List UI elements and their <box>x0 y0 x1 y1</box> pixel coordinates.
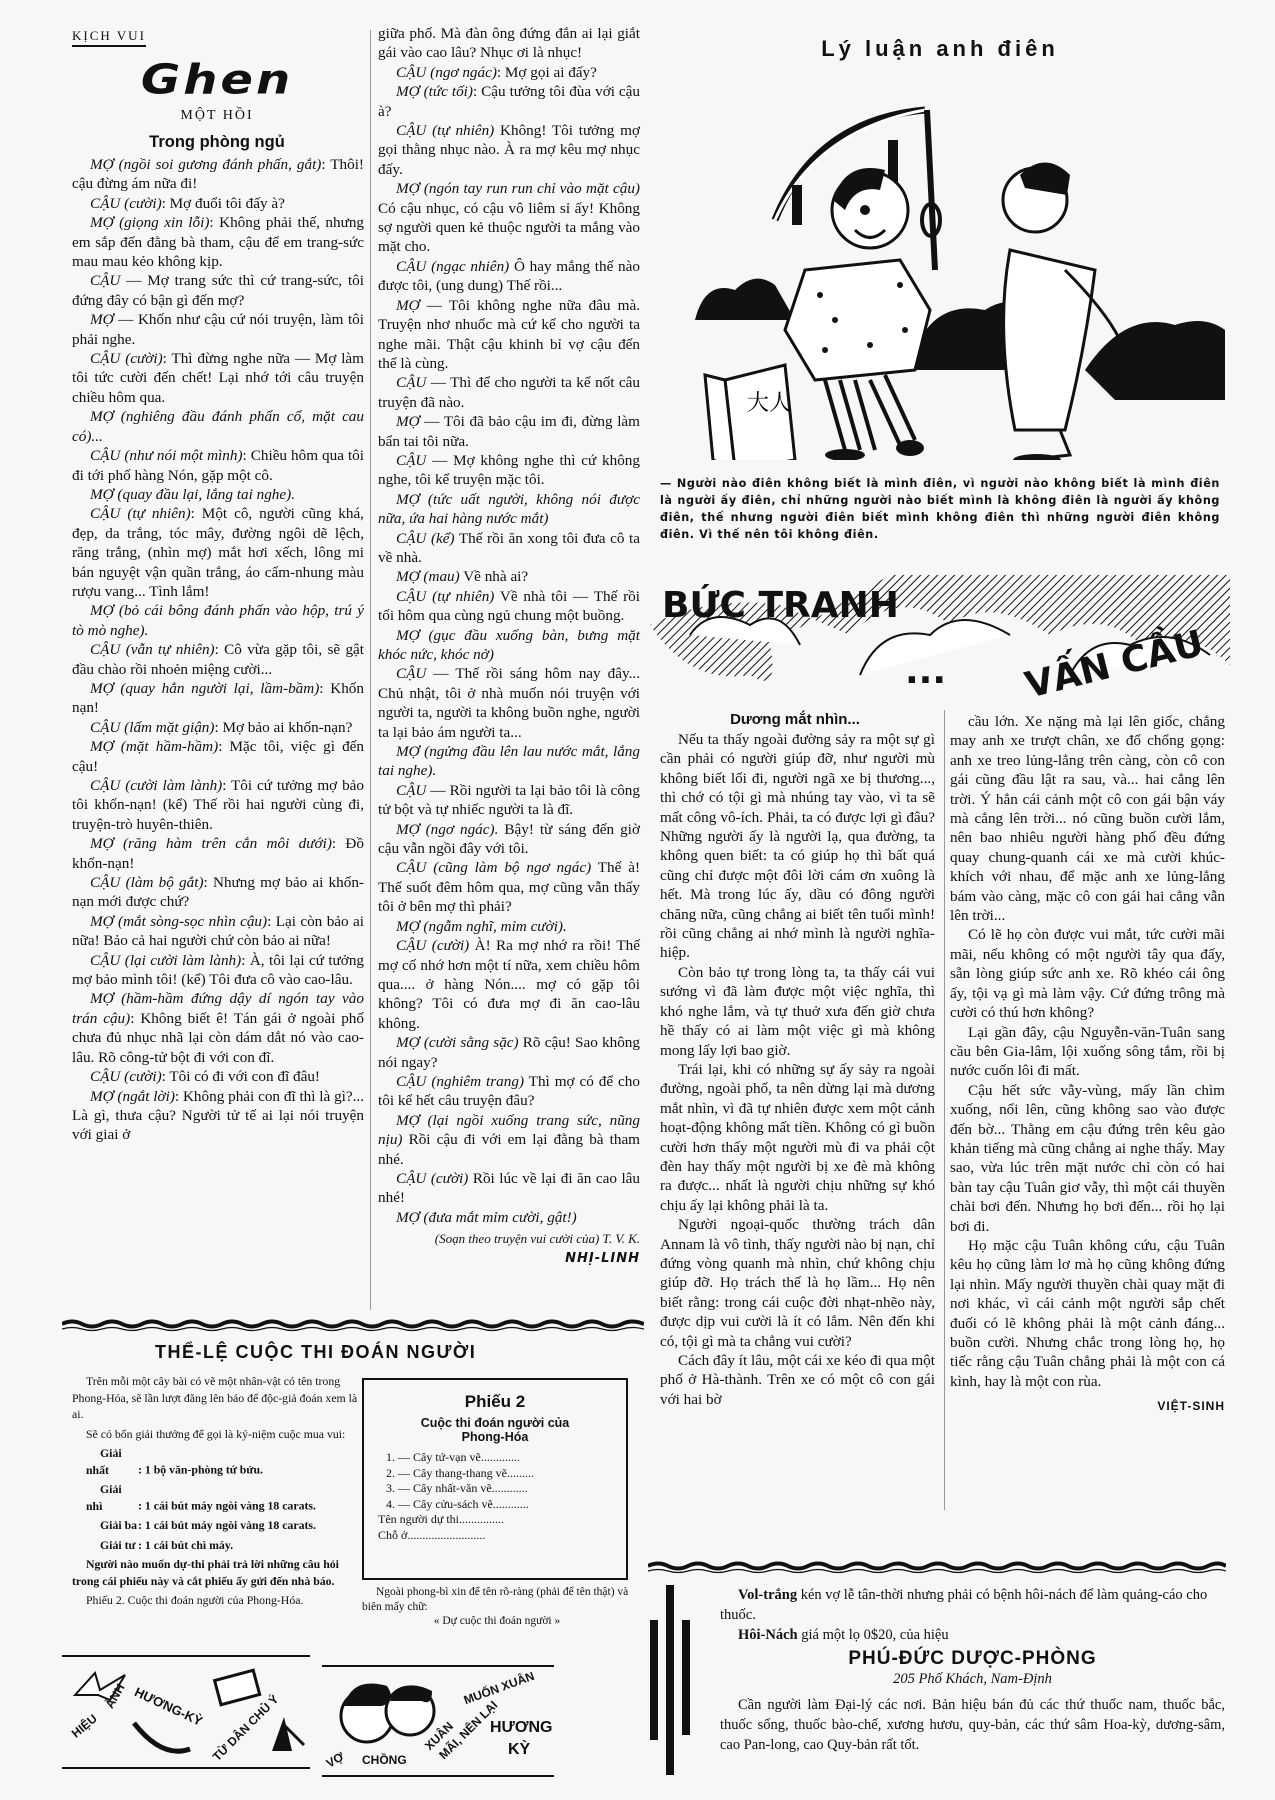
dialogue-line: CẬU (lấm mặt giận): Mợ bảo ai khốn-nạn? <box>72 718 364 737</box>
dialogue-line: MỢ (răng hàm trên cắn môi dưới): Đồ khốn… <box>72 834 364 873</box>
play-scene: Trong phòng ngủ <box>72 133 362 152</box>
play-author: NHỊ-LINH <box>378 1249 640 1268</box>
speaker: MỢ (tức uất người, không nói được nữa, ứ… <box>378 491 640 527</box>
speaker: CẬU <box>396 665 426 682</box>
prize-item: Giải nhất: 1 bộ văn-phòng tứ bửu. <box>72 1445 362 1478</box>
speaker: MỢ (ngơ ngác). <box>396 821 498 838</box>
ad-address: 205 Phố Khách, Nam-Định <box>720 1669 1225 1689</box>
cartoon-title: Lý luận anh điên <box>660 36 1220 62</box>
speaker: CẬU (cười) <box>90 350 163 367</box>
dialogue-text: : Mợ đuổi tôi đấy à? <box>162 195 285 212</box>
dialogue-line: CẬU (cười) Rồi lúc về lại đi ăn cao lâu … <box>378 1169 640 1208</box>
dialogue-line: CẬU (cười làm lành): Tôi cứ tưởng mợ bảo… <box>72 776 364 834</box>
dialogue-line: MỢ (ngồi soi gương đánh phấn, gắt): Thôi… <box>72 155 364 194</box>
svg-text:...: ... <box>905 651 946 692</box>
speaker: MỢ (nghiêng đầu đánh phấn cổ, mặt cau có… <box>72 408 364 444</box>
svg-text:BỨC TRANH: BỨC TRANH <box>662 584 899 626</box>
scales-icon <box>262 1715 306 1759</box>
speaker: MỢ (cười sằng sặc) <box>396 1034 519 1051</box>
speaker: CẬU (kể) <box>396 530 455 547</box>
dialogue-line: CẬU (làm bộ gắt): Nhưng mợ bảo ai khốn-n… <box>72 873 364 912</box>
speaker: MỢ (mắt sòng-sọc nhìn cậu) <box>90 913 267 930</box>
ad-shop-name: PHÚ-ĐỨC DƯỢC-PHÒNG <box>720 1649 1225 1669</box>
dialogue-line: CẬU — Rồi người ta lại bảo tôi là công t… <box>378 781 640 820</box>
dialogue-line: MỢ (mau) Về nhà ai? <box>378 567 640 586</box>
ticket-name-field[interactable]: Tên người dự thi............... <box>378 1512 626 1528</box>
column-text-2: cầu lớn. Xe nặng mà lại lên giốc, chẳng … <box>950 712 1225 1417</box>
stamp-text: HƯƠNG <box>490 1719 552 1737</box>
speaker: CẬU (cười) <box>396 937 469 954</box>
dialogue-line: MỢ (tức tối): Cậu tưởng tôi đùa với cậu … <box>378 82 640 121</box>
dialogue-line: MỢ (mặt hầm-hầm): Mặc tôi, việc gì đến c… <box>72 737 364 776</box>
speaker: CẬU (ngơ ngác) <box>396 64 497 81</box>
contest-footer: Phiếu 2. Cuộc thi đoán người của Phong-H… <box>72 1592 362 1609</box>
paragraph: Trái lại, khi có những sự ấy sảy ra ngoà… <box>660 1060 935 1215</box>
dialogue-line: MỢ (ngửng đầu lên lau nước mắt, lắng tai… <box>378 742 640 781</box>
speaker: MỢ (giọng xin lỗi) <box>90 214 209 231</box>
dialogue-line: MỢ — Tôi đã bảo cậu im đi, đừng làm bẩn … <box>378 412 640 451</box>
speaker: CẬU <box>396 452 426 469</box>
ad-product: Hôi-Nách <box>738 1627 798 1643</box>
ticket-address-field[interactable]: Chỗ ở.......................... <box>378 1528 626 1544</box>
paragraph: Nếu ta thấy ngoài đường sảy ra một sự gì… <box>660 730 935 963</box>
ticket-field[interactable]: 2. — Cây thang-thang vẽ......... <box>386 1466 626 1482</box>
prize-value: : 1 bộ văn-phòng tứ bửu. <box>138 1463 263 1477</box>
dialogue-line: MỢ (bỏ cái bông đánh phấn vào hộp, trú ý… <box>72 601 364 640</box>
dialogue-text: — Khốn như cậu cứ nói truyện, làm tôi ph… <box>72 311 364 347</box>
play-title: Ghen <box>72 56 362 104</box>
ad-price: giá một lọ 0$20, của hiệu <box>798 1627 949 1643</box>
ticket-title: Phiếu 2 <box>364 1392 626 1412</box>
dialogue-line: CẬU (kể) Thế rồi ăn xong tôi đưa cô ta v… <box>378 529 640 568</box>
paragraph: cầu lớn. Xe nặng mà lại lên giốc, chẳng … <box>950 712 1225 925</box>
column-text-1: Nếu ta thấy ngoài đường sảy ra một sự gì… <box>660 730 935 1409</box>
prize-item: Giải tư: 1 cái bút chì máy. <box>72 1537 362 1554</box>
stamp-text: KỲ <box>508 1741 530 1759</box>
speaker: MỢ (ngón tay run run chỉ vào mặt cậu) <box>396 180 640 197</box>
speaker: CẬU (tự nhiên) <box>396 588 494 605</box>
prize-value: : 1 cái bút chì máy. <box>138 1538 233 1552</box>
stamp-text: MUỐN XUÂN <box>462 1669 536 1707</box>
paragraph: Còn bảo tự trong lòng ta, ta thấy cái vu… <box>660 963 935 1060</box>
paragraph: Cách đây ít lâu, một cái xe kéo đi qua m… <box>660 1351 935 1409</box>
ticket-field[interactable]: 1. — Cây tứ-vạn vẽ............. <box>386 1450 626 1466</box>
speaker: MỢ (bỏ cái bông đánh phấn vào hộp, trú ý… <box>72 602 364 638</box>
contest-title: THỂ-LỆ CUỘC THI ĐOÁN NGƯỜI <box>155 1342 615 1363</box>
dialogue-line: CẬU (cười): Tôi có đi với con đĩ đâu! <box>72 1067 364 1086</box>
dialogue-text: : Tôi có đi với con đĩ đâu! <box>162 1068 320 1085</box>
speaker: MỢ (quay đầu lại, lắng tai nghe). <box>90 486 295 503</box>
speaker: CẬU (tự nhiên) <box>396 122 494 139</box>
speaker: MỢ (mau) <box>396 568 460 585</box>
dialogue-line: MỢ (ngơ ngác). Bậy! từ sáng đến giờ cậu … <box>378 820 640 859</box>
dialogue-line: CẬU (như nói một mình): Chiều hôm qua tô… <box>72 446 364 485</box>
contest-rules: Trên mỗi một cây bài có vẽ một nhân-vật … <box>72 1373 362 1612</box>
boat-icon <box>132 1719 192 1755</box>
dialogue-line: CẬU — Thì để cho người ta kể nốt câu tru… <box>378 373 640 412</box>
column-subtitle: Dương mắt nhìn... <box>660 711 930 728</box>
dialogue-text: : Mợ bảo ai khốn-nạn? <box>214 719 352 736</box>
prize-label: Giải nhì <box>86 1481 138 1514</box>
dialogue-text: Về nhà ai? <box>460 568 528 585</box>
dialogue-line: CẬU — Thế rồi sáng hôm nay đây... Chủ nh… <box>378 664 640 742</box>
section-label: KỊCH VUI <box>72 28 146 47</box>
dialogue-line: CẬU (cười): Mợ đuổi tôi đấy à? <box>72 194 364 213</box>
dialogue-text: giữa phố. Mà đàn ông đứng đắn ai lại giắ… <box>378 25 640 61</box>
dialogue-line: CẬU — Mợ trang sức thì cứ trang-sức, tôi… <box>72 271 364 310</box>
column-text-2-body: cầu lớn. Xe nặng mà lại lên giốc, chẳng … <box>950 712 1225 1391</box>
dialogue-line: MỢ (hầm-hầm đứng dậy dí ngón tay vào trá… <box>72 989 364 1067</box>
speaker: CẬU (cười) <box>90 195 162 212</box>
contest-instructions: Người nào muốn dự-thi phải trả lời những… <box>72 1556 362 1589</box>
stamp-text: VỢ <box>324 1749 347 1770</box>
dialogue-line: CẬU (vẫn tự nhiên): Cô vừa gặp tôi, sẽ g… <box>72 640 364 679</box>
speaker: MỢ <box>90 311 114 328</box>
contest-prizes-intro: Sẽ có bốn giải thưởng để gọi là kỷ-niệm … <box>72 1426 362 1443</box>
column-rule <box>370 30 371 1310</box>
column-banner: BỨC TRANH ... VẤN CẦU <box>650 565 1230 705</box>
paragraph: Có lẽ họ còn được vui mắt, tức cười mãi … <box>950 925 1225 1022</box>
dialogue-line: MỢ (ngón tay run run chỉ vào mặt cậu) Có… <box>378 179 640 257</box>
dialogue-line: MỢ (tức uất người, không nói được nữa, ứ… <box>378 490 640 529</box>
prize-value: : 1 cái bút máy ngòi vàng 18 carats. <box>138 1518 316 1532</box>
speaker: MỢ (quay hẳn người lại, lầm-bầm) <box>90 680 319 697</box>
dialogue-line: CẬU (cũng làm bộ ngơ ngác) Thế à! Thế su… <box>378 858 640 916</box>
dialogue-line: giữa phố. Mà đàn ông đứng đắn ai lại giắ… <box>378 24 640 63</box>
prize-list: Giải nhất: 1 bộ văn-phòng tứ bửu.Giải nh… <box>72 1445 362 1553</box>
speaker: MỢ (ngắt lời) <box>90 1088 175 1105</box>
play-column-2: giữa phố. Mà đàn ông đứng đắn ai lại giắ… <box>378 24 640 1268</box>
dialogue-line: MỢ (đưa mắt mỉm cười, gật!) <box>378 1208 640 1227</box>
flag-icon <box>212 1667 262 1707</box>
dialogue-line: MỢ (nghiêng đầu đánh phấn cổ, mặt cau có… <box>72 407 364 446</box>
envelope-note: Ngoài phong-bì xin để tên rõ-ràng (phải … <box>362 1585 632 1629</box>
ad-body: Cần người làm Đại-lý các nơi. Bản hiệu b… <box>720 1695 1225 1755</box>
cartoon-illustration: 大人 <box>665 70 1225 460</box>
contest-intro: Trên mỗi một cây bài có vẽ một nhân-vật … <box>72 1373 362 1423</box>
dialogue-line: CẬU (ngơ ngác): Mợ gọi ai đấy? <box>378 63 640 82</box>
dialogue-text: Rồi cậu đi với em lại đằng bà tham nhé. <box>378 1131 640 1167</box>
column-author: VIỆT-SINH <box>950 1397 1225 1416</box>
prize-label: Giải tư <box>86 1537 138 1554</box>
speaker: CẬU <box>396 374 426 391</box>
dialogue-line: CẬU (cười) À! Ra mợ nhớ ra rồi! Thế mợ c… <box>378 936 640 1033</box>
speaker: MỢ (gục đầu xuống bàn, bưng mặt khóc nức… <box>378 627 640 663</box>
dialogue-line: CẬU (tự nhiên): Một cô, người cũng khá, … <box>72 504 364 601</box>
speaker: CẬU (cũng làm bộ ngơ ngác) <box>396 859 591 876</box>
cartoon-caption: — Người nào điên không biết là mình điên… <box>660 475 1220 543</box>
dialogue-line: MỢ — Khốn như cậu cứ nói truyện, làm tôi… <box>72 310 364 349</box>
ticket-field[interactable]: 4. — Cây cửu-sách vẽ............ <box>386 1497 626 1513</box>
stamp-huong-ky-right: VỢ CHỒNG XUÂN MÃI, NÊN LẠI MUỐN XUÂN HƯƠ… <box>322 1665 554 1777</box>
speaker: CẬU (như nói một mình) <box>90 447 243 464</box>
dialogue-text: Có cậu nhục, có cậu vô liêm sỉ ấy! Không… <box>378 200 640 256</box>
ad-brand: Vol-trắng <box>738 1587 797 1603</box>
paragraph: Lại gần đây, cậu Nguyễn-văn-Tuân sang cầ… <box>950 1023 1225 1081</box>
column-rule <box>944 710 945 1510</box>
pharmacy-advert: Vol-trắng kén vợ lễ tân-thời nhưng phải … <box>645 1585 1225 1755</box>
stamp-text: CHỒNG <box>362 1753 407 1767</box>
dialogue-line: CẬU (tự nhiên) Không! Tôi tưởng mợ gọi t… <box>378 121 640 179</box>
play-credit: (Soạn theo truyện vui cười của) T. V. K. <box>378 1229 640 1248</box>
wavy-divider <box>62 1318 644 1332</box>
dialogue-line: CẬU — Mợ không nghe thì cứ không nghe, t… <box>378 451 640 490</box>
dialogue-line: MỢ (ngắt lời): Không phải con đĩ thì là … <box>72 1087 364 1145</box>
envelope-label: « Dự cuộc thi đoán người » <box>362 1614 632 1629</box>
dialogue-line: MỢ (ngẫm nghĩ, mỉm cười). <box>378 917 640 936</box>
speaker: CẬU (vẫn tự nhiên) <box>90 641 215 658</box>
dialogue-line: CẬU (tự nhiên) Về nhà tôi — Thế rồi tối … <box>378 587 640 626</box>
entry-ticket[interactable]: Phiếu 2 Cuộc thi đoán người của Phong-Hó… <box>362 1378 628 1580</box>
speaker: MỢ <box>396 297 420 314</box>
ticket-subtitle: Cuộc thi đoán người của <box>364 1416 626 1430</box>
paragraph: Họ mặc cậu Tuân không cứu, cậu Tuân kêu … <box>950 1236 1225 1391</box>
prize-label: Giải nhất <box>86 1445 138 1478</box>
prize-item: Giải nhì: 1 cái bút máy ngòi vàng 18 car… <box>72 1481 362 1514</box>
dialogue-line: CẬU (cười): Thì đừng nghe nữa — Mợ làm t… <box>72 349 364 407</box>
speaker: MỢ (ngẫm nghĩ, mỉm cười). <box>396 918 567 935</box>
prize-item: Giải ba: 1 cái bút máy ngòi vàng 18 cara… <box>72 1517 362 1534</box>
play-column-1: MỢ (ngồi soi gương đánh phấn, gắt): Thôi… <box>72 155 364 1145</box>
speaker: CẬU (lại cười làm lành) <box>90 952 241 969</box>
ticket-subtitle-2: Phong-Hóa <box>364 1430 626 1444</box>
dialogue-line: CẬU (ngạc nhiên) Ô hay mắng thế nào được… <box>378 257 640 296</box>
speaker: MỢ (ngồi soi gương đánh phấn, gắt) <box>90 156 321 173</box>
dialogue-line: MỢ (quay hẳn người lại, lầm-bầm): Khốn n… <box>72 679 364 718</box>
stamp-huong-ky-left: HIỆU ẢNH HƯƠNG-KỲ TỪ DÂN CHỦ Ý <box>62 1655 310 1769</box>
prize-label: Giải ba <box>86 1517 138 1534</box>
speaker: CẬU (làm bộ gắt) <box>90 874 204 891</box>
speaker: CẬU (nghiêm trang) <box>396 1073 524 1090</box>
speaker: CẬU <box>90 272 120 289</box>
dialogue-line: MỢ (giọng xin lỗi): Không phải thế, nhưn… <box>72 213 364 271</box>
dialogue-line: MỢ (quay đầu lại, lắng tai nghe). <box>72 485 364 504</box>
play-act: MỘT HỒI <box>72 108 362 124</box>
paragraph: Người ngoại-quốc thường trách dân Annam … <box>660 1215 935 1351</box>
svg-text:大人: 大人 <box>747 391 791 416</box>
speaker: MỢ (đưa mắt mỉm cười, gật!) <box>396 1209 577 1226</box>
dialogue-line: MỢ (cười sằng sặc) Rõ cậu! Sao không nói… <box>378 1033 640 1072</box>
play-column-2-body: giữa phố. Mà đàn ông đứng đắn ai lại giắ… <box>378 24 640 1227</box>
speaker: CẬU <box>396 782 426 799</box>
envelope-instruction: Ngoài phong-bì xin để tên rõ-ràng (phải … <box>362 1585 632 1614</box>
speaker: MỢ <box>396 413 420 430</box>
dialogue-line: MỢ — Tôi không nghe nữa đâu mà. Truyện n… <box>378 296 640 374</box>
paragraph: Cậu hết sức vẫy-vùng, mấy lần chìm xuống… <box>950 1081 1225 1236</box>
speaker: CẬU (cười làm lành) <box>90 777 222 794</box>
speaker: MỢ (tức tối) <box>396 83 473 100</box>
dialogue-line: CẬU (lại cười làm lành): À, tôi lại cứ t… <box>72 951 364 990</box>
dialogue-line: CẬU (nghiêm trang) Thì mợ có để cho tôi … <box>378 1072 640 1111</box>
prize-value: : 1 cái bút máy ngòi vàng 18 carats. <box>138 1499 316 1513</box>
speaker: MỢ (răng hàm trên cắn môi dưới) <box>90 835 332 852</box>
speaker: CẬU (lấm mặt giận) <box>90 719 214 736</box>
speaker: CẬU (cười) <box>396 1170 468 1187</box>
speaker: CẬU (ngạc nhiên) <box>396 258 509 275</box>
speaker: CẬU (cười) <box>90 1068 162 1085</box>
wavy-divider <box>648 1560 1226 1574</box>
speaker: MỢ (mặt hầm-hầm) <box>90 738 218 755</box>
dialogue-line: MỢ (lại ngồi xuống trang sức, nũng nịu) … <box>378 1111 640 1169</box>
ticket-field[interactable]: 3. — Cây nhất-văn vẽ............ <box>386 1481 626 1497</box>
speaker: CẬU (tự nhiên) <box>90 505 191 522</box>
dialogue-line: MỢ (mắt sòng-sọc nhìn cậu): Lại còn bảo … <box>72 912 364 951</box>
dialogue-line: MỢ (gục đầu xuống bàn, bưng mặt khóc nức… <box>378 626 640 665</box>
speaker: MỢ (ngửng đầu lên lau nước mắt, lắng tai… <box>378 743 640 779</box>
dialogue-text: : Mợ gọi ai đấy? <box>497 64 597 81</box>
stamp-text: HIỆU <box>69 1711 100 1740</box>
